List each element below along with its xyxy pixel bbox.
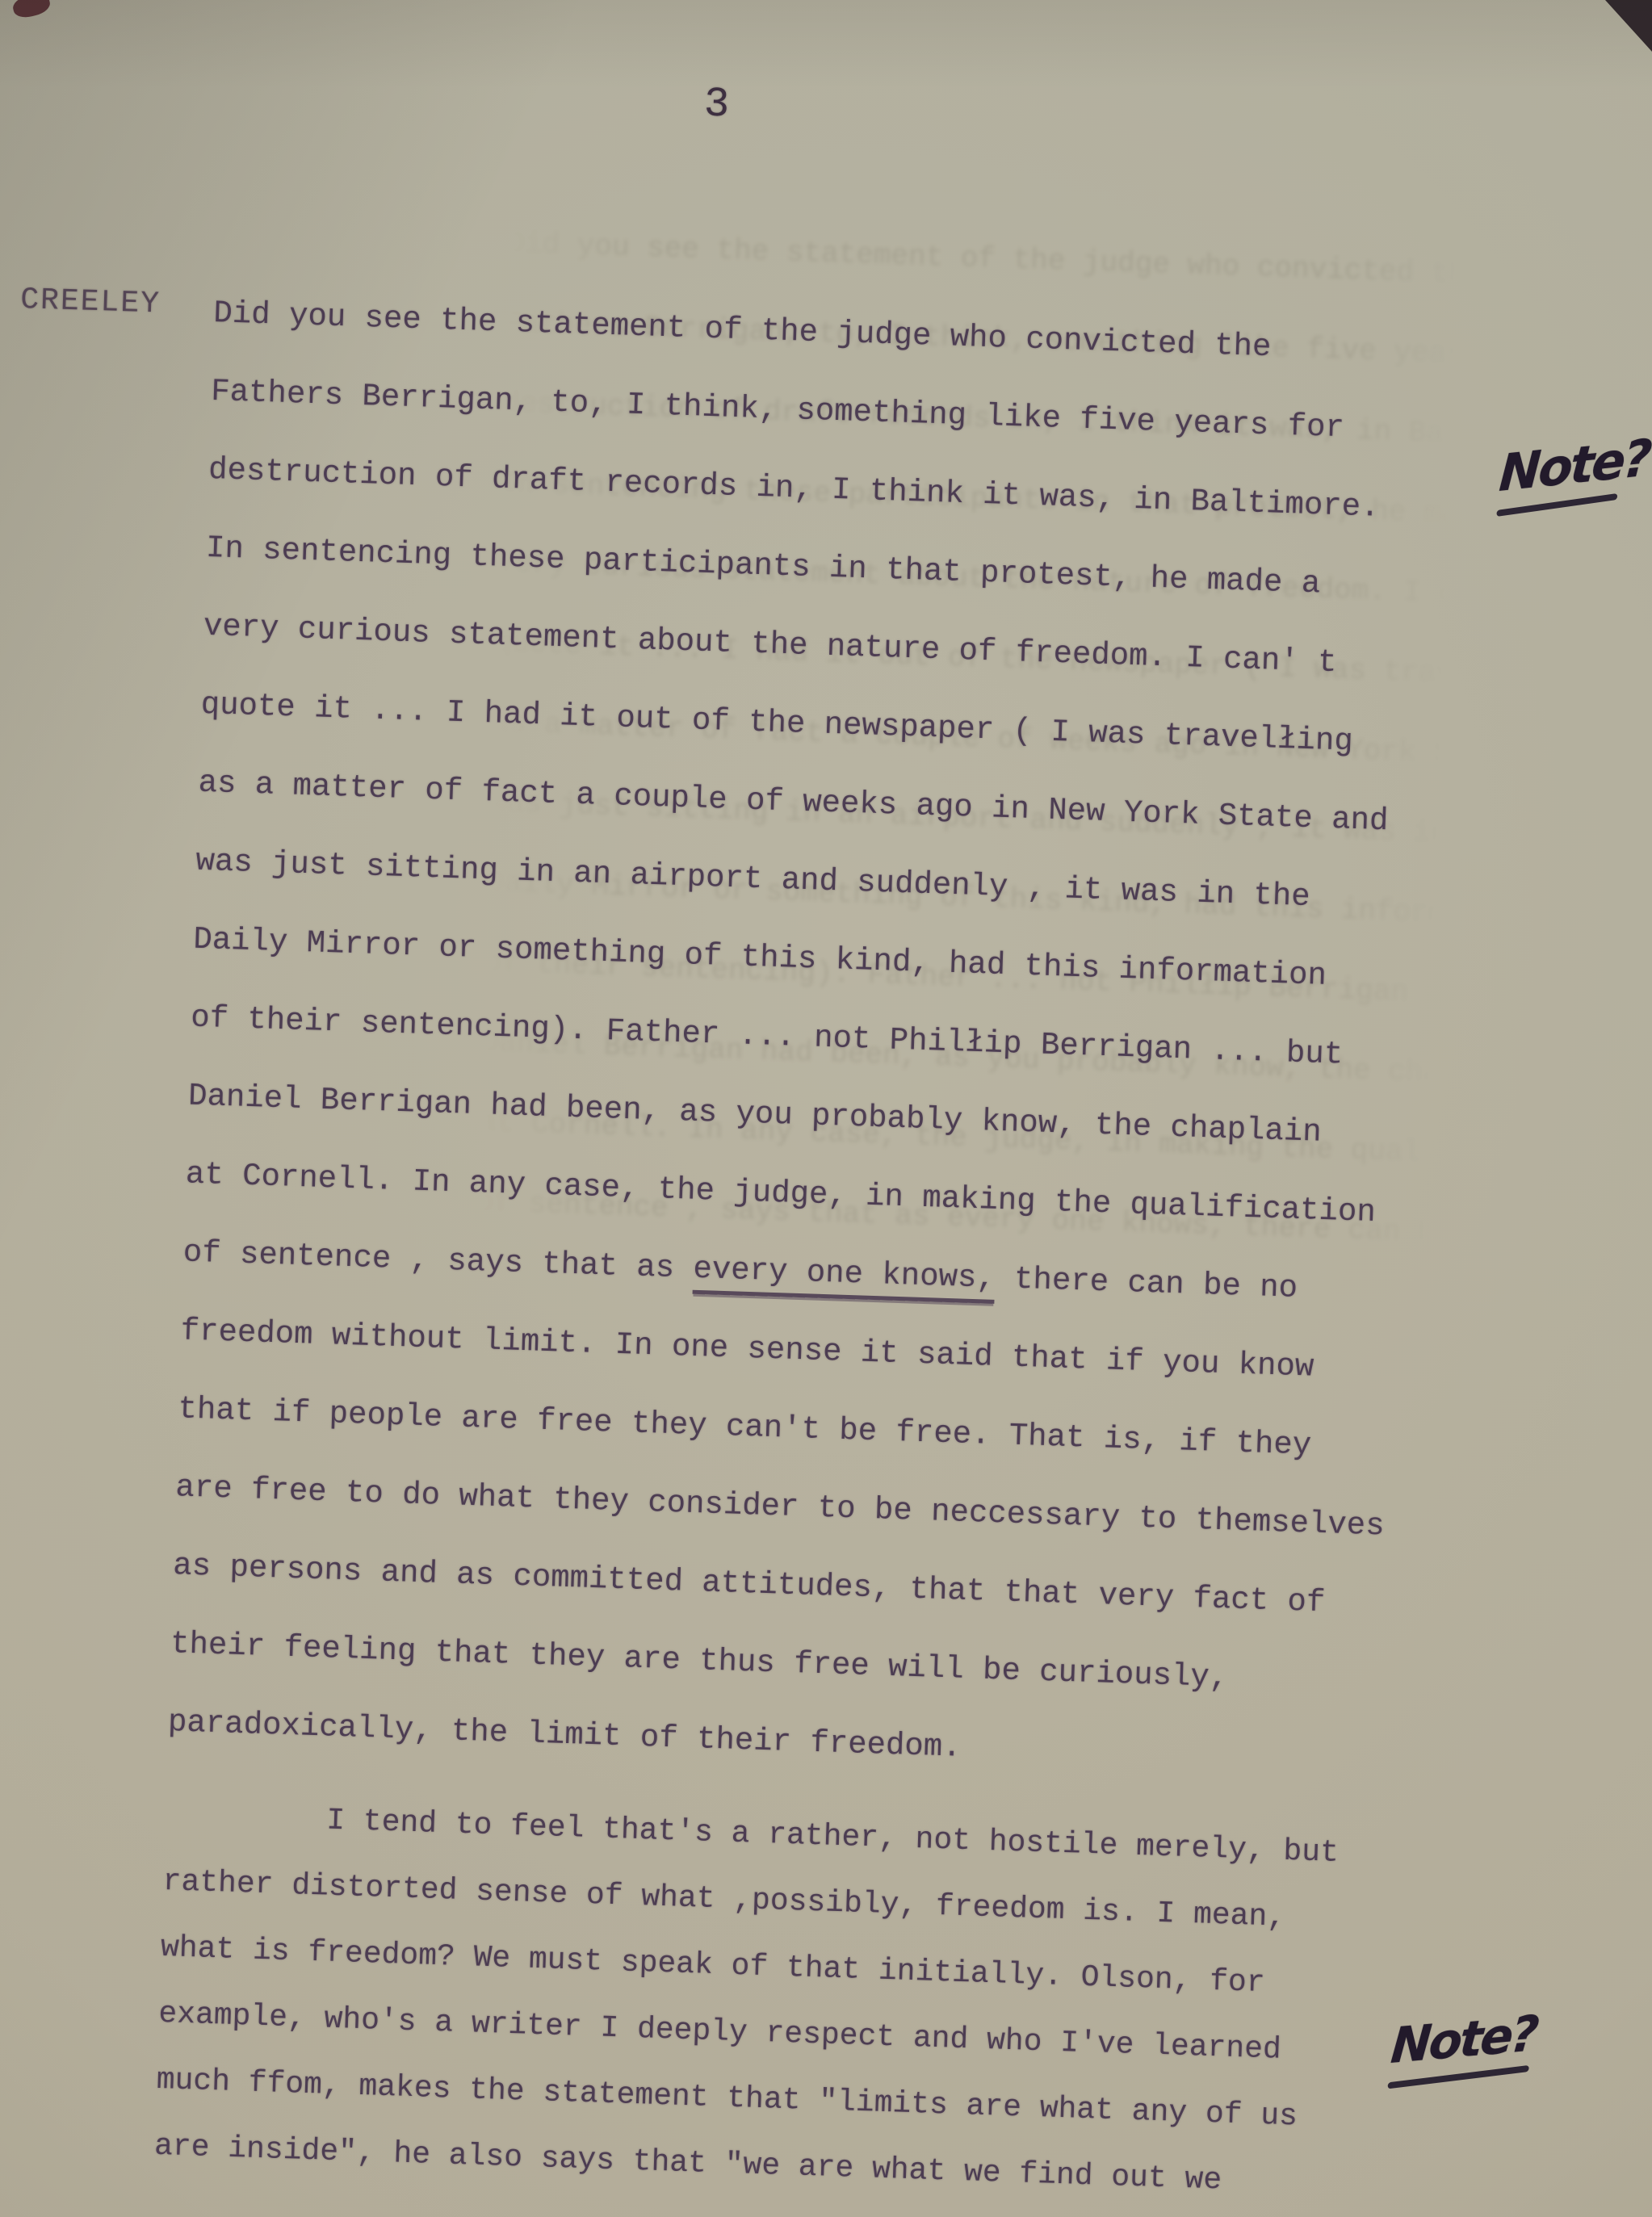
photo-corner-artifact-right	[1605, 0, 1652, 52]
margin-note-1: Note?	[1496, 428, 1651, 515]
document-page: 3 Did you see the statement of the judge…	[0, 0, 1652, 2217]
transcript-paragraph-2: I tend to feel that's a rather, not host…	[153, 1783, 1441, 2217]
page-number: 3	[703, 80, 730, 128]
margin-note-2-text: Note?	[1389, 2005, 1539, 2076]
margin-note-2: Note?	[1388, 2005, 1539, 2087]
photo-corner-artifact-left	[11, 0, 52, 20]
typed-underline-emphasis: every one knows,	[692, 1251, 996, 1304]
margin-note-1-text: Note?	[1497, 428, 1651, 504]
speaker-label: CREELEY	[20, 283, 161, 322]
transcript-body: Did you see the statement of the judge w…	[153, 275, 1490, 2217]
